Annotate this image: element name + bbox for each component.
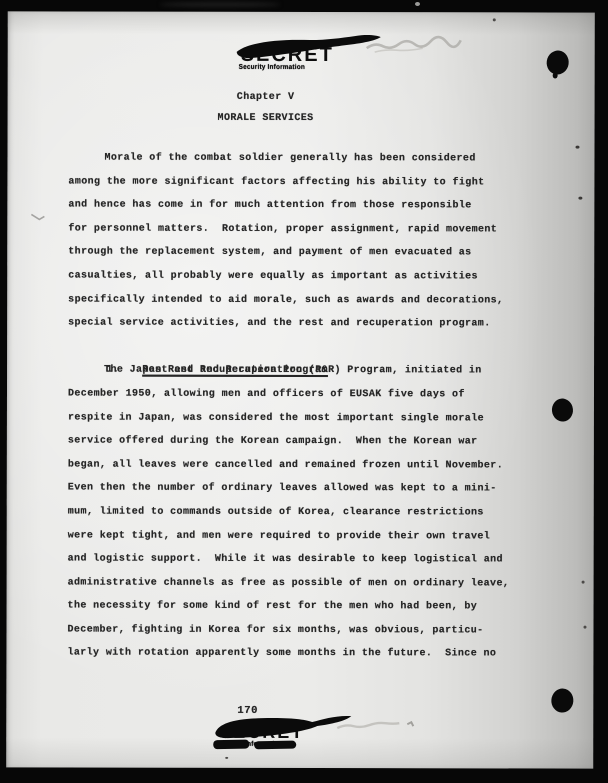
pencil-check-mark [30,211,46,221]
text-line: Even then the number of ordinary leaves … [68,477,508,502]
scan-notch [415,2,420,6]
text-line: specifically intended to aid morale, suc… [68,288,508,313]
page-title: MORALE SERVICES [166,113,366,124]
scanned-page-background: { "colors": { "paper": "#e9e9e7", "ink":… [0,0,608,783]
text-line: December, fighting in Korea for six mont… [67,618,507,643]
speck [584,626,587,629]
body-text: Morale of the combat soldier generally h… [67,147,508,667]
text-line: service offered during the Korean campai… [68,430,508,455]
punch-hole [551,398,574,423]
section-heading: 1.Rest and Recuperation Program [68,335,508,360]
text-line: larly with rotation apparently some mont… [67,642,507,667]
scan-streak [160,2,280,7]
text-line: were kept tight, and men were required t… [68,524,508,549]
text-line: among the more significant factors affec… [68,170,508,195]
text-line: special service activities, and the rest… [68,312,508,337]
speck [225,757,228,759]
text-line: and hence has come in for much attention… [68,194,508,219]
punch-hole [545,49,570,76]
pencil-scribble-bottom2 [407,722,413,726]
text-line: The Japan Rest and Recuperation (R&R) Pr… [68,359,508,384]
text-line: and logistic support. While it was desir… [68,548,508,573]
text-line: began, all leaves were cancelled and rem… [68,453,508,478]
pencil-scribble-bottom [337,723,399,728]
speck [493,18,496,21]
text-line: casualties, all probably were equally as… [68,264,508,289]
pencil-scribble-top [367,37,461,48]
speck [576,146,580,149]
text-line: mum, limited to commands outside of Kore… [68,500,508,525]
text-line: Morale of the combat soldier generally h… [68,147,508,172]
speck [578,197,582,200]
text-line: through the replacement system, and paym… [68,241,508,266]
text-line: administrative channels as free as possi… [68,571,508,596]
stamp-smudge [254,741,296,750]
document-page: SECRET Security Information Chapter V MO… [6,11,595,768]
text-line: the necessity for some kind of rest for … [68,595,508,620]
stamp-smudge [213,740,249,750]
text-line: respite in Japan, was considered the mos… [68,406,508,431]
punch-hole [550,688,574,714]
text-line: December 1950, allowing men and officers… [68,382,508,407]
text-line: for personnel matters. Rotation, proper … [68,217,508,242]
punch-hole [553,73,558,79]
security-information-label-top: Security Information [239,64,305,71]
speck [582,581,585,584]
chapter-heading: Chapter V [166,92,366,103]
pencil-scribble-top2 [375,48,423,52]
